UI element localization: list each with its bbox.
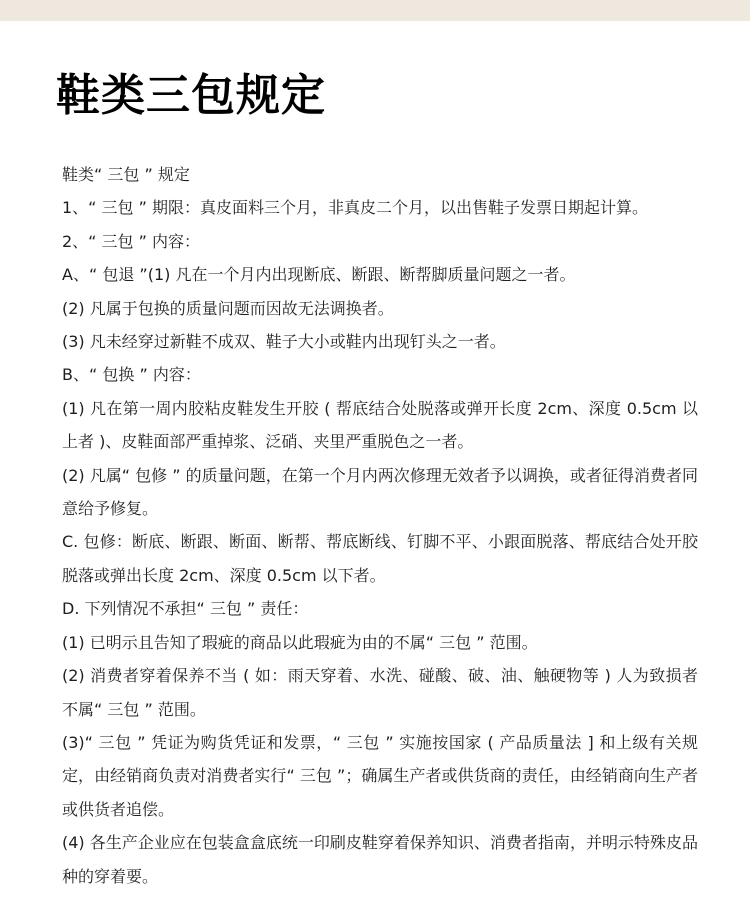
paragraph-warranty-period: 1、“ 三包 ” 期限：真皮面料三个月，非真皮二个月，以出售鞋子发票日期起计算。: [62, 191, 698, 224]
paragraph-refund-2: (2) 凡属于包换的质量问题而因故无法调换者。: [62, 292, 698, 325]
page-title: 鞋类三包规定: [56, 66, 326, 126]
paragraph-exchange-heading: B、“ 包换 ” 内容：: [62, 358, 698, 391]
paragraph-exclusion-1: (1) 已明示且告知了瑕疵的商品以此瑕疵为由的不属“ 三包 ” 范围。: [62, 626, 698, 659]
top-band: [0, 0, 750, 21]
paragraph-refund-1: A、“ 包退 ”(1) 凡在一个月内出现断底、断跟、断帮脚质量问题之一者。: [62, 258, 698, 291]
paragraph-exclusions-heading: D. 下列情况不承担“ 三包 ” 责任：: [62, 592, 698, 625]
paragraph-exclusion-4: (4) 各生产企业应在包装盒盒底统一印刷皮鞋穿着保养知识、消费者指南，并明示特殊…: [62, 826, 698, 893]
paragraph-exclusion-2: (2) 消费者穿着保养不当 ( 如：雨天穿着、水洗、碰酸、破、油、触硬物等 ) …: [62, 659, 698, 726]
paragraph-exclusion-3: (3)“ 三包 ” 凭证为购货凭证和发票，“ 三包 ” 实施按国家 ( 产品质量…: [62, 726, 698, 826]
paragraph-exchange-1: (1) 凡在第一周内胶粘皮鞋发生开胶 ( 帮底结合处脱落或弹开长度 2cm、深度…: [62, 392, 698, 459]
paragraph-exchange-2: (2) 凡属“ 包修 ” 的质量问题，在第一个月内两次修理无效者予以调换，或者征…: [62, 459, 698, 526]
document-body: 鞋类“ 三包 ” 规定 1、“ 三包 ” 期限：真皮面料三个月，非真皮二个月，以…: [62, 158, 698, 893]
paragraph-refund-3: (3) 凡未经穿过新鞋不成双、鞋子大小或鞋内出现钉头之一者。: [62, 325, 698, 358]
paragraph-repair: C. 包修：断底、断跟、断面、断帮、帮底断线、钉脚不平、小跟面脱落、帮底结合处开…: [62, 525, 698, 592]
section-heading: 鞋类“ 三包 ” 规定: [62, 158, 698, 191]
paragraph-warranty-content-heading: 2、“ 三包 ” 内容：: [62, 225, 698, 258]
